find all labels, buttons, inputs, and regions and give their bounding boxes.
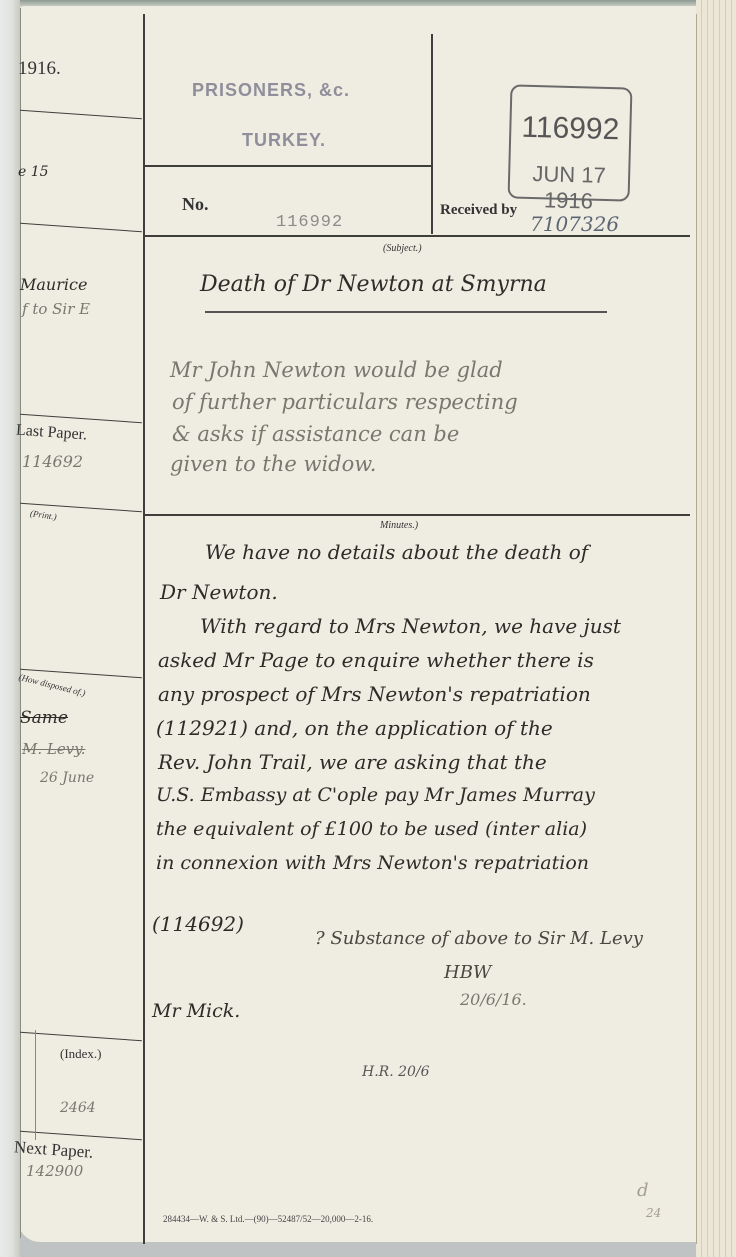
margin-note-2: f to Sir E	[22, 300, 90, 318]
category-line-2: TURKEY.	[242, 130, 326, 151]
no-value: 116992	[276, 213, 343, 232]
no-label: No.	[182, 194, 209, 215]
disposed-line-1: Same	[20, 708, 68, 728]
minutes-label: Minutes.)	[380, 520, 418, 531]
minutes-top-rule	[145, 514, 690, 516]
header-mid-rule	[145, 165, 432, 167]
received-by-value: 7107326	[530, 212, 619, 236]
page-curl	[0, 0, 20, 1257]
minutes-line-5: any prospect of Mrs Newton's repatriatio…	[158, 682, 591, 706]
minutes-line-8: U.S. Embassy at C'ople pay Mr James Murr…	[156, 784, 595, 806]
hr-initials: H.R. 20/6	[362, 1064, 430, 1080]
left-page-edge	[20, 8, 21, 1238]
margin-note-1: Maurice	[20, 275, 87, 294]
minutes-line-6: (112921) and, on the application of the	[156, 716, 553, 740]
minutes-line-11: (114692)	[152, 912, 244, 936]
minutes-line-3: With regard to Mrs Newton, we have just	[200, 614, 621, 638]
corner-mark-2: 24	[646, 1206, 661, 1220]
header-divider	[431, 34, 433, 234]
right-rule	[696, 14, 697, 1244]
minutes-note: ? Substance of above to Sir M. Levy	[315, 928, 643, 949]
minutes-initials-date: 20/6/16.	[460, 990, 527, 1009]
received-stamp: 116992 JUN 17 1916	[508, 84, 633, 201]
minutes-line-1: We have no details about the death of	[205, 540, 588, 564]
printer-imprint: 284434—W. & S. Ltd.—(90)—52487/52—20,000…	[163, 1214, 373, 1224]
subject-label: (Subject.)	[383, 243, 422, 254]
subject-underline	[205, 311, 607, 313]
minutes-line-4: asked Mr Page to enquire whether there i…	[158, 648, 594, 672]
received-by-label: Received by	[440, 202, 517, 219]
minutes-line-7: Rev. John Trail, we are asking that the	[158, 750, 547, 774]
subject-line-1: Mr John Newton would be glad	[170, 358, 503, 382]
stamp-number: 116992	[511, 110, 630, 147]
index-value: 2464	[60, 1100, 96, 1116]
signature: Mr Mick.	[152, 1000, 240, 1022]
index-label: (Index.)	[60, 1046, 102, 1062]
subject-line-4: given to the widow.	[170, 452, 376, 476]
index-divider	[35, 1030, 36, 1140]
last-paper-value: 114692	[22, 452, 83, 471]
disposed-line-2: M. Levy.	[22, 740, 85, 758]
subject-line-3: & asks if assistance can be	[172, 422, 459, 446]
minutes-line-10: in connexion with Mrs Newton's repatriat…	[156, 852, 589, 874]
corner-mark-1: d	[637, 1180, 649, 1201]
disposed-date: 26 June	[40, 770, 94, 786]
margin-divider	[143, 14, 145, 1244]
stamp-date: JUN 17 1916	[509, 160, 628, 215]
subject-title: Death of Dr Newton at Smyrna	[200, 272, 547, 297]
minutes-line-2: Dr Newton.	[160, 580, 278, 604]
margin-date-fragment: e 15	[18, 164, 49, 180]
stacked-page-edges	[696, 0, 736, 1257]
next-paper-value: 142900	[26, 1162, 83, 1180]
year-label: 1916.	[18, 58, 61, 80]
subject-line-2: of further particulars respecting	[172, 390, 518, 414]
category-line-1: PRISONERS, &c.	[192, 80, 350, 101]
minutes-initials: HBW	[444, 962, 491, 983]
minutes-line-9: the equivalent of £100 to be used (inter…	[156, 818, 587, 840]
